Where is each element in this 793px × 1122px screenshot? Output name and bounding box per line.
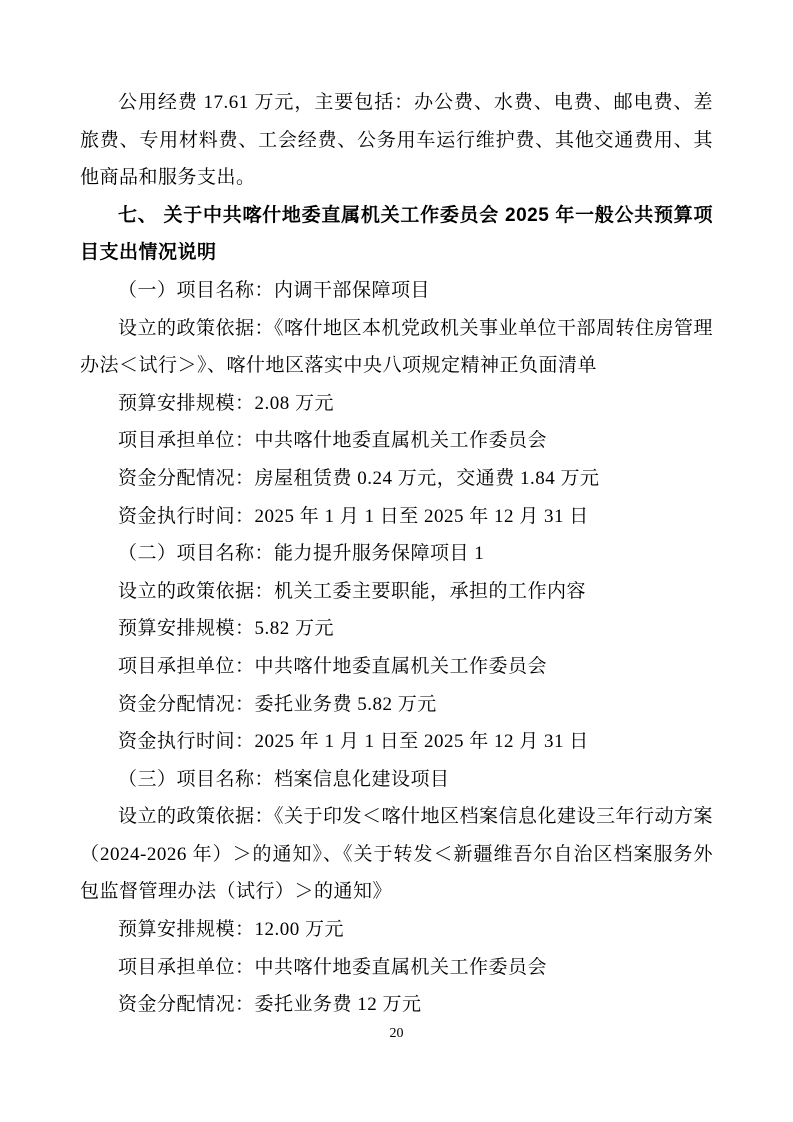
project-3-undertaking-unit: 项目承担单位：中共喀什地委直属机关工作委员会 bbox=[80, 949, 713, 987]
page-number: 20 bbox=[390, 1026, 404, 1041]
page-footer: 20 bbox=[0, 1024, 793, 1042]
project-3-section: （三）项目名称：档案信息化建设项目 设立的政策依据：《关于印发＜喀什地区档案信息… bbox=[80, 761, 713, 1024]
project-1-fund-allocation: 资金分配情况：房屋租赁费 0.24 万元，交通费 1.84 万元 bbox=[80, 460, 713, 498]
project-1-section: （一）项目名称：内调干部保障项目 设立的政策依据：《喀什地区本机党政机关事业单位… bbox=[80, 272, 713, 535]
project-1-budget-scale: 预算安排规模：2.08 万元 bbox=[80, 385, 713, 423]
project-1-name: （一）项目名称：内调干部保障项目 bbox=[80, 272, 713, 310]
project-3-policy-basis: 设立的政策依据：《关于印发＜喀什地区档案信息化建设三年行动方案（2024-202… bbox=[80, 798, 713, 911]
project-2-fund-allocation: 资金分配情况：委托业务费 5.82 万元 bbox=[80, 686, 713, 724]
project-2-execution-period: 资金执行时间：2025 年 1 月 1 日至 2025 年 12 月 31 日 bbox=[80, 723, 713, 761]
project-2-name: （二）项目名称：能力提升服务保障项目 1 bbox=[80, 535, 713, 573]
document-content: 公用经费 17.61 万元，主要包括：办公费、水费、电费、邮电费、差旅费、专用材… bbox=[80, 84, 713, 1024]
project-2-undertaking-unit: 项目承担单位：中共喀什地委直属机关工作委员会 bbox=[80, 648, 713, 686]
project-2-policy-basis: 设立的政策依据：机关工委主要职能，承担的工作内容 bbox=[80, 573, 713, 611]
public-funds-paragraph: 公用经费 17.61 万元，主要包括：办公费、水费、电费、邮电费、差旅费、专用材… bbox=[80, 84, 713, 197]
project-1-undertaking-unit: 项目承担单位：中共喀什地委直属机关工作委员会 bbox=[80, 422, 713, 460]
project-3-fund-allocation: 资金分配情况：委托业务费 12 万元 bbox=[80, 986, 713, 1024]
section-seven-heading: 七、 关于中共喀什地委直属机关工作委员会 2025 年一般公共预算项目支出情况说… bbox=[80, 197, 713, 272]
project-2-section: （二）项目名称：能力提升服务保障项目 1 设立的政策依据：机关工委主要职能，承担… bbox=[80, 535, 713, 761]
project-2-budget-scale: 预算安排规模：5.82 万元 bbox=[80, 610, 713, 648]
project-3-name: （三）项目名称：档案信息化建设项目 bbox=[80, 761, 713, 799]
project-1-execution-period: 资金执行时间：2025 年 1 月 1 日至 2025 年 12 月 31 日 bbox=[80, 498, 713, 536]
project-1-policy-basis: 设立的政策依据：《喀什地区本机党政机关事业单位干部周转住房管理办法＜试行＞》、喀… bbox=[80, 310, 713, 385]
document-page: 公用经费 17.61 万元，主要包括：办公费、水费、电费、邮电费、差旅费、专用材… bbox=[0, 0, 793, 1122]
project-3-budget-scale: 预算安排规模：12.00 万元 bbox=[80, 911, 713, 949]
